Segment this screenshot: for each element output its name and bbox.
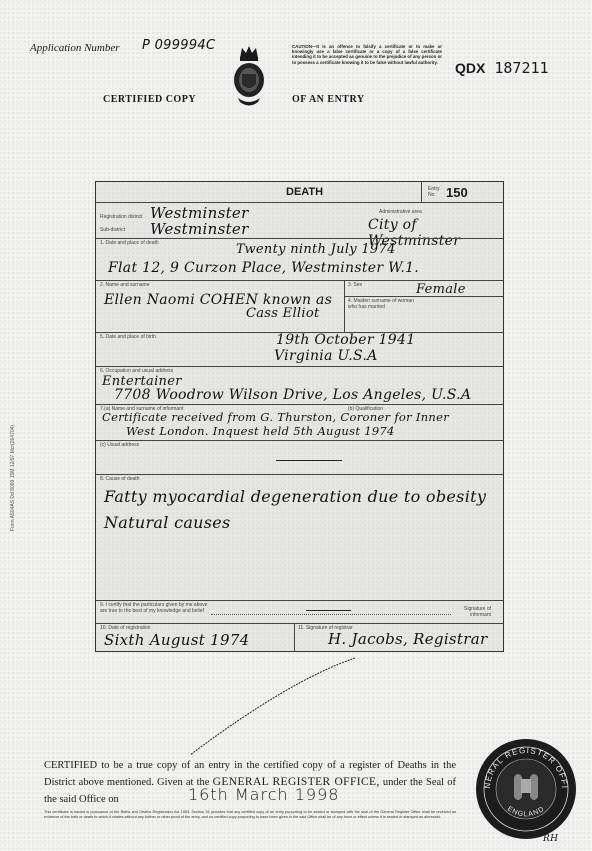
sub-district: Westminster — [150, 220, 249, 238]
date-place-of-birth-label: 5. Date and place of birth — [100, 334, 156, 340]
legal-fine-print: This certificate is issued in pursuance … — [44, 810, 456, 819]
sub-district-label: Sub-district — [100, 227, 125, 233]
name-surname-label: 2. Name and surname — [100, 282, 149, 288]
entry-number: 150 — [446, 185, 468, 200]
date-of-birth: 19th October 1941 — [276, 332, 415, 348]
application-number: P 099994C — [142, 38, 215, 53]
serial-number: 187211 — [494, 59, 548, 77]
registrar-signature: H. Jacobs, Registrar — [328, 630, 487, 648]
caution-notice: CAUTION—It is an offence to falsify a ce… — [292, 44, 442, 65]
name-line-2: Cass Elliot — [246, 306, 320, 321]
certification-label: 9. I certify that the particulars given … — [100, 602, 210, 614]
date-place-of-death-label: 1. Date and place of death — [100, 240, 159, 246]
informant-line-2: West London. Inquest held 5th August 197… — [126, 424, 395, 438]
of-an-entry-heading: OF AN ENTRY — [292, 94, 365, 105]
royal-coat-of-arms-icon — [232, 44, 266, 110]
serial-prefix: QDX — [455, 60, 485, 76]
certified-copy-heading: CERTIFIED COPY — [103, 94, 196, 105]
cause-of-death-line-1: Fatty myocardial degeneration due to obe… — [104, 484, 486, 510]
general-register-office-seal-icon: GENERAL REGISTER OFFICE ENGLAND — [474, 737, 578, 841]
usual-address: 7708 Woodrow Wilson Drive, Los Angeles, … — [114, 387, 471, 403]
place-of-death: Flat 12, 9 Curzon Place, Westminster W.1… — [108, 260, 419, 276]
date-of-death: Twenty ninth July 1974 — [236, 242, 396, 257]
cause-of-death-label: 8. Cause of death — [100, 476, 139, 482]
margin-form-code: Form A504AS Dd 8099 15M 12/97 Mcr(264704… — [3, 360, 15, 600]
cause-of-death-line-2: Natural causes — [104, 510, 231, 536]
registration-district-label: Registration district — [100, 214, 143, 220]
signature-tail-line — [180, 650, 360, 760]
informant-signature-label: Signature of informant — [451, 606, 491, 618]
sex: Female — [416, 282, 466, 297]
date-of-registration: Sixth August 1974 — [104, 631, 250, 649]
administrative-area-label: Administrative area — [379, 209, 422, 215]
clerk-initials: RH — [543, 834, 558, 844]
sex-label: 3. Sex — [348, 282, 362, 288]
death-entry-form: DEATH Entry No. 150 Registration distric… — [95, 181, 504, 652]
issue-date: 16th March 1998 — [188, 785, 339, 804]
maiden-surname-label: 4. Maiden surname of woman who has marri… — [348, 298, 418, 310]
informant-signature-mark — [306, 610, 351, 611]
application-number-label: Application Number — [30, 42, 120, 54]
entry-number-label: Entry No. — [428, 186, 444, 198]
informant-line-1: Certificate received from G. Thurston, C… — [102, 410, 449, 424]
certificate-serial: QDX 187211 — [455, 59, 549, 77]
informant-address-label: (c) Usual address — [100, 442, 139, 448]
place-of-birth: Virginia U.S.A — [274, 348, 378, 364]
form-title: DEATH — [286, 186, 323, 198]
